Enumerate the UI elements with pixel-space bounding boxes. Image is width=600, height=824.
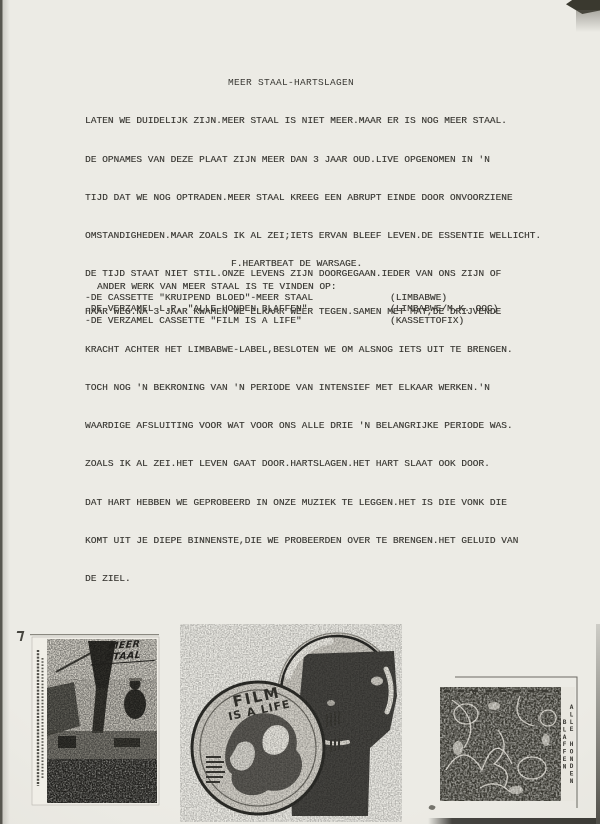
- other-work-heading: ANDER WERK VAN MEER STAAL IS TE VINDEN O…: [97, 281, 336, 292]
- release-title: -DE CASSETTE "KRUIPEND BLOED"-MEER STAAL: [85, 292, 313, 303]
- lp-art: [428, 670, 580, 814]
- paragraph-line: DE ZIEL.: [85, 573, 541, 586]
- stray-pen-mark: [15, 631, 24, 641]
- paragraph-line: WAARDIGE AFSLUITING VOOR WAT VOOR ONS AL…: [85, 420, 541, 433]
- release-label: (LIMBABWE/M.K. OOC): [390, 303, 498, 314]
- scanned-page: MEER STAAL-HARTSLAGEN LATEN WE DUIDELIJK…: [0, 0, 600, 824]
- paragraph-line: TOCH NOG 'N BEKRONING VAN 'N PERIODE VAN…: [85, 382, 541, 395]
- cassette-caption: MEER STAAL: [91, 638, 157, 666]
- scan-corner-shadow: [576, 10, 600, 32]
- release-row: -DE VERZAMEL CASSETTE "FILM IS A LIFE" (…: [85, 315, 313, 326]
- release-title: -DE VERZAMEL CASSETTE "FILM IS A LIFE": [85, 315, 302, 326]
- badges-figure: FILM IS A LIFE: [180, 624, 402, 822]
- release-row: -DE CASSETTE "KRUIPEND BLOED"-MEER STAAL…: [85, 292, 313, 303]
- paragraph-line: DE TIJD STAAT NIET STIL.ONZE LEVENS ZIJN…: [85, 268, 541, 281]
- paragraph-line: KOMT UIT JE DIEPE BINNENSTE,DIE WE PROBE…: [85, 535, 541, 548]
- paragraph-line: LATEN WE DUIDELIJK ZIJN.MEER STAAL IS NI…: [85, 115, 541, 128]
- release-label: (KASSETTOFIX): [390, 315, 464, 326]
- paragraph: LATEN WE DUIDELIJK ZIJN.MEER STAAL IS NI…: [85, 90, 541, 611]
- paragraph-line: DE OPNAMES VAN DEZE PLAAT ZIJN MEER DAN …: [85, 154, 541, 167]
- release-list: -DE CASSETTE "KRUIPEND BLOED"-MEER STAAL…: [85, 292, 313, 326]
- paragraph-line: OMSTANDIGHEDEN.MAAR ZOALS IK AL ZEI;IETS…: [85, 230, 541, 243]
- scan-edge-bottom: [428, 818, 600, 824]
- paragraph-line: ZOALS IK AL ZEI.HET LEVEN GAAT DOOR.HART…: [85, 458, 541, 471]
- release-title: -DE VERZAMEL L.P. "ALLE HONDEN BLAFFEN": [85, 303, 307, 314]
- paragraph-line: DAT HART HEBBEN WE GEPROBEERD IN ONZE MU…: [85, 497, 541, 510]
- release-row: -DE VERZAMEL L.P. "ALLE HONDEN BLAFFEN" …: [85, 303, 313, 314]
- scan-edge-left: [0, 0, 10, 824]
- paragraph-line: TIJD DAT WE NOG OPTRADEN.MEER STAAL KREE…: [85, 192, 541, 205]
- release-label: (LIMBABWE): [390, 292, 447, 303]
- signature: F.HEARTBEAT DE WARSAGE.: [231, 258, 362, 269]
- lp-vertical-title: ALLE HONDEN BLAFFEN: [561, 688, 575, 801]
- scan-edge-right: [596, 624, 600, 824]
- lp-figure: ALLE HONDEN BLAFFEN: [428, 670, 580, 814]
- paragraph-line: KRACHT ACHTER HET LIMBABWE-LABEL,BESLOTE…: [85, 344, 541, 357]
- cassette-figure: MEER STAAL: [28, 628, 161, 810]
- page-title: MEER STAAL-HARTSLAGEN: [228, 77, 354, 88]
